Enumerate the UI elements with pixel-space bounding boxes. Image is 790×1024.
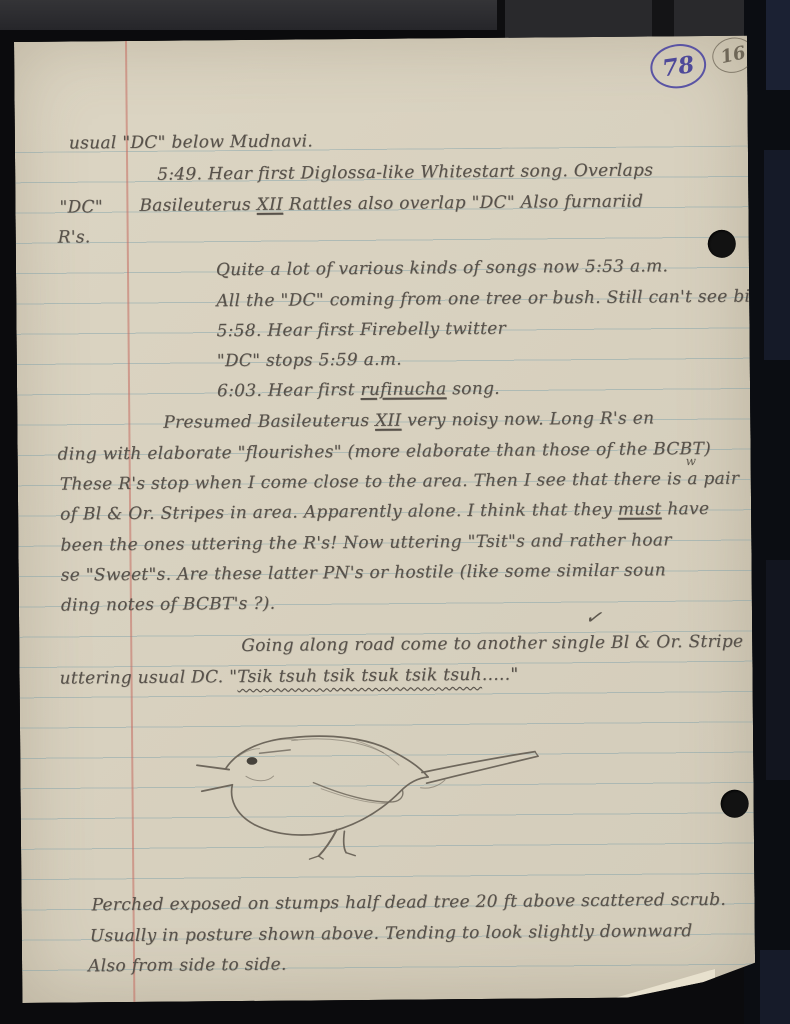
notebook-page: 78 16 usual "DC" below Mudnavi. 5:49. He…	[14, 36, 755, 1003]
binder-edge-detail	[766, 560, 790, 780]
check-mark: ✓	[584, 604, 604, 630]
note-line-1: usual "DC" below Mudnavi.	[69, 131, 313, 153]
note-line-9: 6:03. Hear first rufinucha song.	[217, 379, 500, 401]
bird-tail	[422, 752, 535, 773]
punch-hole-bottom	[721, 790, 749, 818]
note-line-8: "DC" stops 5:59 a.m.	[217, 350, 402, 372]
margin-note-dc: "DC"	[59, 197, 103, 217]
note-line-18: uttering usual DC. "Tsik tsuh tsik tsuk …	[59, 665, 518, 689]
bird-beak-upper	[197, 765, 229, 770]
page-number-pencil-value: 16	[719, 42, 748, 68]
bird-back-outline	[226, 735, 428, 779]
bird-beak-lower	[202, 785, 233, 791]
bird-belly-outline	[231, 777, 428, 836]
page-number-ink-value: 78	[660, 50, 696, 81]
punch-hole-top	[708, 230, 736, 258]
note-line-10: Presumed Basileuterus XII very noisy now…	[163, 408, 654, 432]
binder-edge-detail	[764, 150, 790, 360]
binder-edge-detail	[760, 950, 790, 1024]
note-line-16: ding notes of BCBT's ?).	[61, 594, 276, 616]
page-number-ink: 78	[647, 40, 709, 92]
note-line-21: Also from side to side.	[88, 955, 287, 977]
scan-background: 78 16 usual "DC" below Mudnavi. 5:49. He…	[0, 0, 790, 1024]
note-line-5: Quite a lot of various kinds of songs no…	[216, 256, 668, 280]
bird-eye	[247, 757, 258, 765]
margin-note-rs: R's.	[58, 227, 91, 247]
binder-edge-detail	[766, 0, 790, 90]
insertion-mark: w	[686, 454, 696, 468]
note-line-7: 5:58. Hear first Firebelly twitter	[216, 319, 506, 342]
bird-sketch	[192, 719, 545, 862]
